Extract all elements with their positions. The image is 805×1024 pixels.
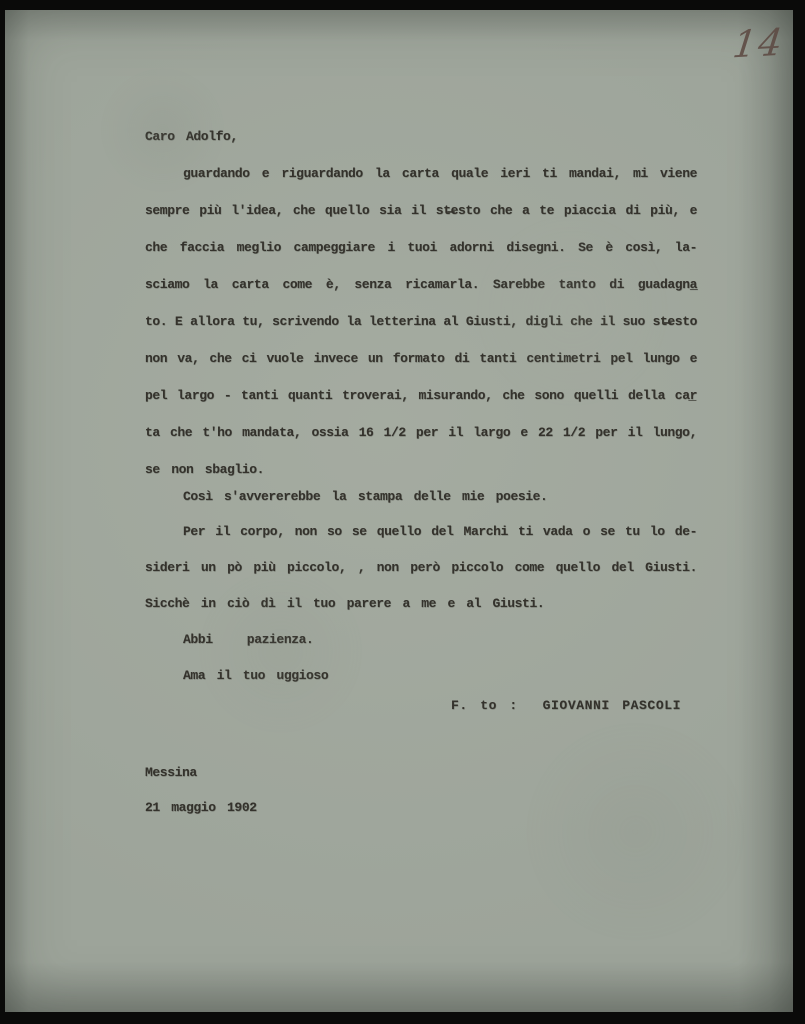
letter-line: se non sbaglio.	[145, 462, 697, 478]
letter-line-closing: Ama il tuo uggioso	[145, 668, 697, 684]
letter-line: non va, che ci vuole invece un formato d…	[145, 351, 697, 367]
letter-line: pel largo - tanti quanti troverai, misur…	[145, 388, 697, 404]
letter-line: Per il corpo, non so se quello del March…	[145, 524, 697, 540]
letter-date: 21 maggio 1902	[145, 800, 697, 816]
handwritten-page-number: 14	[730, 20, 786, 66]
letter-place: Messina	[145, 765, 697, 781]
letter-scan-paper: 14 Caro Adolfo, guardando e riguardando …	[5, 10, 793, 1012]
letter-line: guardando e riguardando la carta quale i…	[145, 166, 697, 182]
letter-line: che faccia meglio campeggiare i tuoi ado…	[145, 240, 697, 256]
letter-line: sideri un pò più piccolo, , non però pic…	[145, 560, 697, 576]
letter-line: sciamo la carta come è, senza ricamarla.…	[145, 277, 697, 293]
letter-line: ta che t'ho mandata, ossia 16 1/2 per il…	[145, 425, 697, 441]
letter-line: sempre più l'idea, che quello sia il st̶…	[145, 203, 697, 219]
letter-line-salutation: Caro Adolfo,	[145, 129, 697, 145]
letter-line: to. E allora tu, scrivendo la letterina …	[145, 314, 697, 330]
letter-line: Così s'avvererebbe la stampa delle mie p…	[145, 489, 697, 505]
signature-line: F. to : GIOVANNI PASCOLI	[451, 698, 681, 713]
letter-line: Abbi pazienza.	[145, 632, 697, 648]
letter-line: Sicchè in ciò dì il tuo parere a me e al…	[145, 596, 697, 612]
